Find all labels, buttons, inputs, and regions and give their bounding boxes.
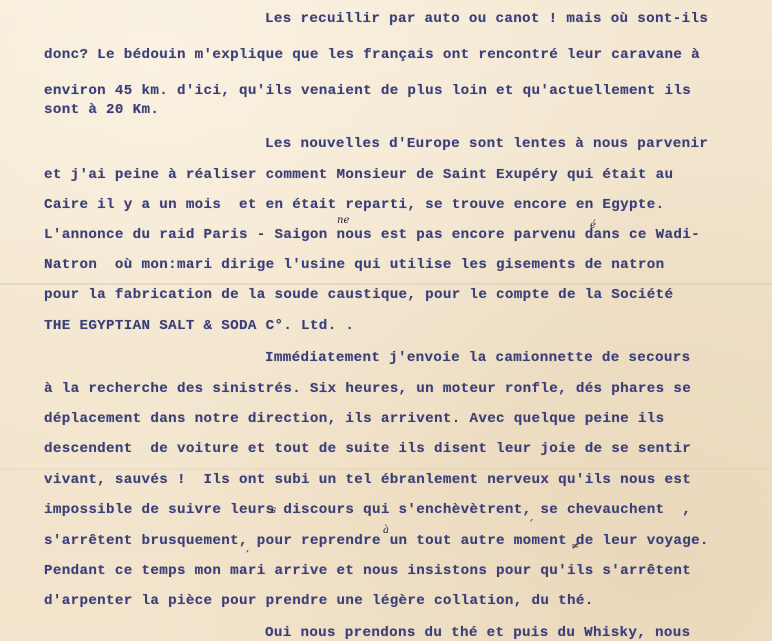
- text-line: Caire il y a un mois et en était reparti…: [44, 196, 664, 214]
- text-line: d'arpenter la pièce pour prendre une lég…: [44, 592, 594, 610]
- handwritten-annotation: é: [590, 220, 596, 231]
- text-line: s'arrêtent brusquement, pour reprendre u…: [44, 532, 709, 550]
- text-line: environ 45 km. d'ici, qu'ils venaient de…: [44, 82, 691, 100]
- text-line: L'annonce du raid Paris - Saigon nous es…: [44, 226, 700, 244]
- text-line: donc? Le bédouin m'explique que les fran…: [44, 46, 700, 64]
- text-line: Pendant ce temps mon mari arrive et nous…: [44, 562, 691, 580]
- handwritten-annotation: ,: [530, 512, 533, 523]
- handwritten-annotation: à: [383, 525, 389, 536]
- handwritten-annotation: ,: [246, 543, 249, 554]
- handwritten-annotation: s: [271, 505, 276, 516]
- handwritten-annotation: ≠: [571, 541, 579, 552]
- text-line: sont à 20 Km.: [44, 101, 159, 119]
- text-line: à la recherche des sinistrés. Six heures…: [44, 380, 691, 398]
- text-line: Natron où mon:mari dirige l'usine qui ut…: [44, 256, 664, 274]
- paper-fold-line: [0, 468, 772, 470]
- text-line: vivant, sauvés ! Ils ont subi un tel ébr…: [44, 471, 691, 489]
- text-line: descendent de voiture et tout de suite i…: [44, 440, 691, 458]
- text-line: Les recuillir par auto ou canot ! mais o…: [265, 10, 708, 28]
- text-line: THE EGYPTIAN SALT & SODA C°. Ltd. .: [44, 317, 354, 335]
- letter-page: Les recuillir par auto ou canot ! mais o…: [0, 0, 772, 641]
- text-line: Oui nous prendons du thé et puis du Whis…: [265, 624, 690, 641]
- text-line: Les nouvelles d'Europe sont lentes à nou…: [265, 135, 708, 153]
- handwritten-annotation: ne: [337, 215, 349, 226]
- text-line: impossible de suivre leurs discours qui …: [44, 501, 691, 519]
- text-line: déplacement dans notre direction, ils ar…: [44, 410, 664, 428]
- text-line: et j'ai peine à réaliser comment Monsieu…: [44, 166, 673, 184]
- paper-fold-line: [0, 283, 772, 285]
- text-line: Immédiatement j'envoie la camionnette de…: [265, 349, 690, 367]
- text-line: pour la fabrication de la soude caustiqu…: [44, 286, 673, 304]
